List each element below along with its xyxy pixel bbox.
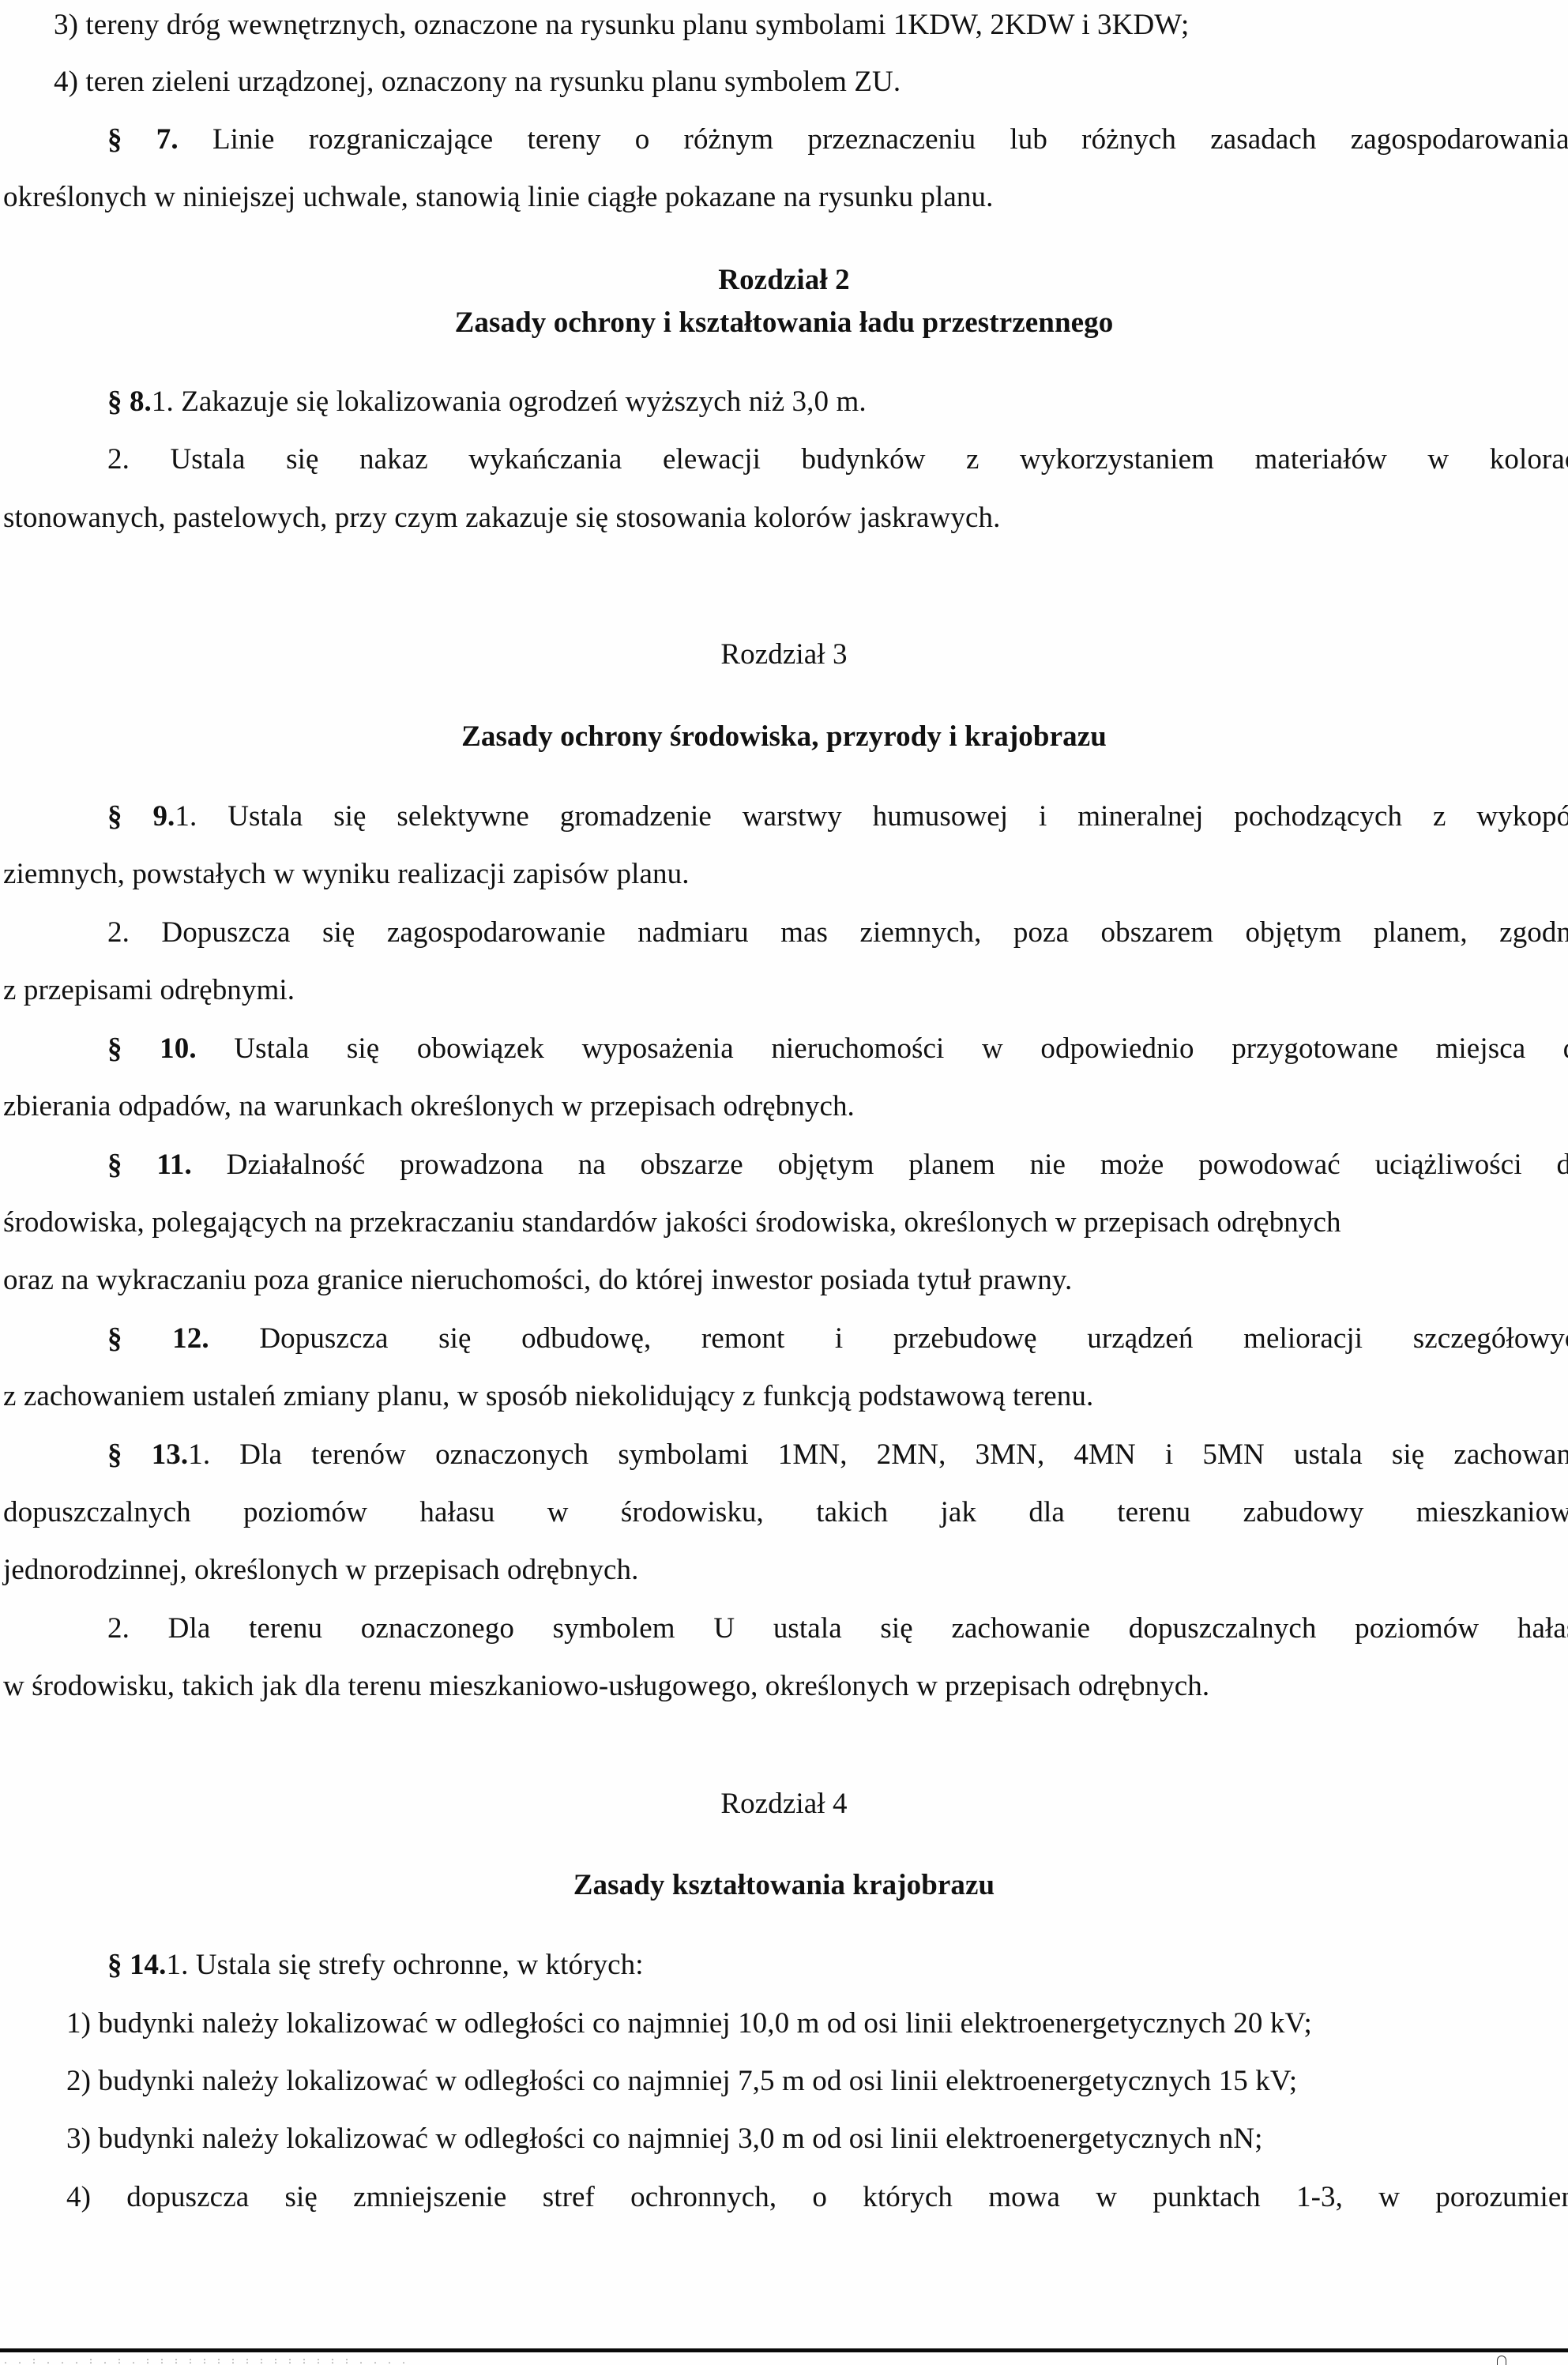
footer-page-mark-icon: [1497, 2356, 1506, 2365]
footer-scan-text: . . : . . . : . : . : : : : : : : : : : …: [3, 2358, 408, 2365]
paragraph-10-number: § 10.: [107, 1032, 197, 1065]
paragraph-13-line-1: § 13.1. Dla terenów oznaczonych symbolam…: [107, 1436, 1568, 1474]
paragraph-12-number: § 12.: [107, 1322, 209, 1355]
list-item-zone-2: 2) budynki należy lokalizować w odległoś…: [66, 2062, 1297, 2100]
paragraph-8-line-1: § 8.1. Zakazuje się lokalizowania ogrodz…: [107, 383, 867, 421]
chapter-2-title: Zasady ochrony i kształtowania ładu prze…: [0, 304, 1568, 342]
chapter-3-title: Zasady ochrony środowiska, przyrody i kr…: [0, 718, 1568, 756]
paragraph-7-line-1: § 7. Linie rozgraniczające tereny o różn…: [107, 121, 1568, 159]
paragraph-11-line-3: oraz na wykraczaniu poza granice nieruch…: [3, 1261, 1072, 1299]
chapter-3-label: Rozdział 3: [0, 636, 1568, 674]
paragraph-11-number: § 11.: [107, 1149, 192, 1181]
paragraph-7-line-2: określonych w niniejszej uchwale, stanow…: [3, 179, 993, 216]
paragraph-13-line-4: 2. Dla terenu oznaczonego symbolem U ust…: [107, 1610, 1568, 1648]
list-item-zone-4: 4) dopuszcza się zmniejszenie stref ochr…: [66, 2179, 1568, 2216]
paragraph-13-line-5: w środowisku, takich jak dla terenu mies…: [3, 1668, 1209, 1705]
paragraph-12-line-1: § 12. Dopuszcza się odbudowę, remont i p…: [107, 1320, 1568, 1358]
paragraph-9-text-1: 1. Ustala się selektywne gromadzenie war…: [175, 800, 1568, 833]
paragraph-7-text: Linie rozgraniczające tereny o różnym pr…: [212, 123, 1568, 156]
paragraph-14-number: § 14.: [107, 1949, 167, 1981]
paragraph-8-number: § 8.: [107, 385, 152, 418]
paragraph-13-text-1: 1. Dla terenów oznaczonych symbolami 1MN…: [188, 1438, 1568, 1471]
paragraph-14-line-1: § 14.1. Ustala się strefy ochronne, w kt…: [107, 1946, 644, 1984]
paragraph-8-text-1: 1. Zakazuje się lokalizowania ogrodzeń w…: [152, 385, 867, 418]
paragraph-12-line-2: z zachowaniem ustaleń zmiany planu, w sp…: [3, 1378, 1093, 1416]
list-item-zone-3: 3) budynki należy lokalizować w odległoś…: [66, 2120, 1263, 2158]
paragraph-7-number: § 7.: [107, 123, 179, 156]
paragraph-11-line-2: środowiska, polegających na przekraczani…: [3, 1204, 1341, 1242]
list-item-zone-1: 1) budynki należy lokalizować w odległoś…: [66, 2005, 1312, 2043]
paragraph-10-line-2: zbierania odpadów, na warunkach określon…: [3, 1088, 855, 1126]
paragraph-9-line-2: ziemnych, powstałych w wyniku realizacji…: [3, 855, 690, 893]
paragraph-8-line-3: stonowanych, pastelowych, przy czym zaka…: [3, 499, 1000, 537]
list-item-3-roads: 3) tereny dróg wewnętrznych, oznaczone n…: [54, 6, 1189, 44]
paragraph-9-number: § 9.: [107, 800, 175, 833]
paragraph-11-line-1: § 11. Działalność prowadzona na obszarze…: [107, 1146, 1568, 1184]
paragraph-10-line-1: § 10. Ustala się obowiązek wyposażenia n…: [107, 1030, 1568, 1068]
paragraph-9-line-1: § 9.1. Ustala się selektywne gromadzenie…: [107, 798, 1568, 836]
list-item-4-green: 4) teren zieleni urządzonej, oznaczony n…: [54, 63, 901, 101]
chapter-2-label: Rozdział 2: [0, 261, 1568, 299]
chapter-4-label: Rozdział 4: [0, 1785, 1568, 1823]
paragraph-8-line-2: 2. Ustala się nakaz wykańczania elewacji…: [107, 441, 1568, 479]
paragraph-14-text-1: 1. Ustala się strefy ochronne, w których…: [167, 1949, 644, 1981]
paragraph-12-text-1: Dopuszcza się odbudowę, remont i przebud…: [259, 1322, 1568, 1355]
paragraph-9-line-4: z przepisami odrębnymi.: [3, 972, 295, 1010]
paragraph-9-line-3: 2. Dopuszcza się zagospodarowanie nadmia…: [107, 914, 1568, 952]
paragraph-13-line-2: dopuszczalnych poziomów hałasu w środowi…: [3, 1494, 1568, 1532]
paragraph-10-text-1: Ustala się obowiązek wyposażenia nieruch…: [234, 1032, 1568, 1065]
paragraph-13-number: § 13.: [107, 1438, 188, 1471]
paragraph-11-text-1: Działalność prowadzona na obszarze objęt…: [227, 1149, 1568, 1181]
document-page: 3) tereny dróg wewnętrznych, oznaczone n…: [0, 0, 1568, 2365]
paragraph-13-line-3: jednorodzinnej, określonych w przepisach…: [3, 1551, 638, 1589]
chapter-4-title: Zasady kształtowania krajobrazu: [0, 1867, 1568, 1904]
footer-divider: [0, 2348, 1568, 2352]
